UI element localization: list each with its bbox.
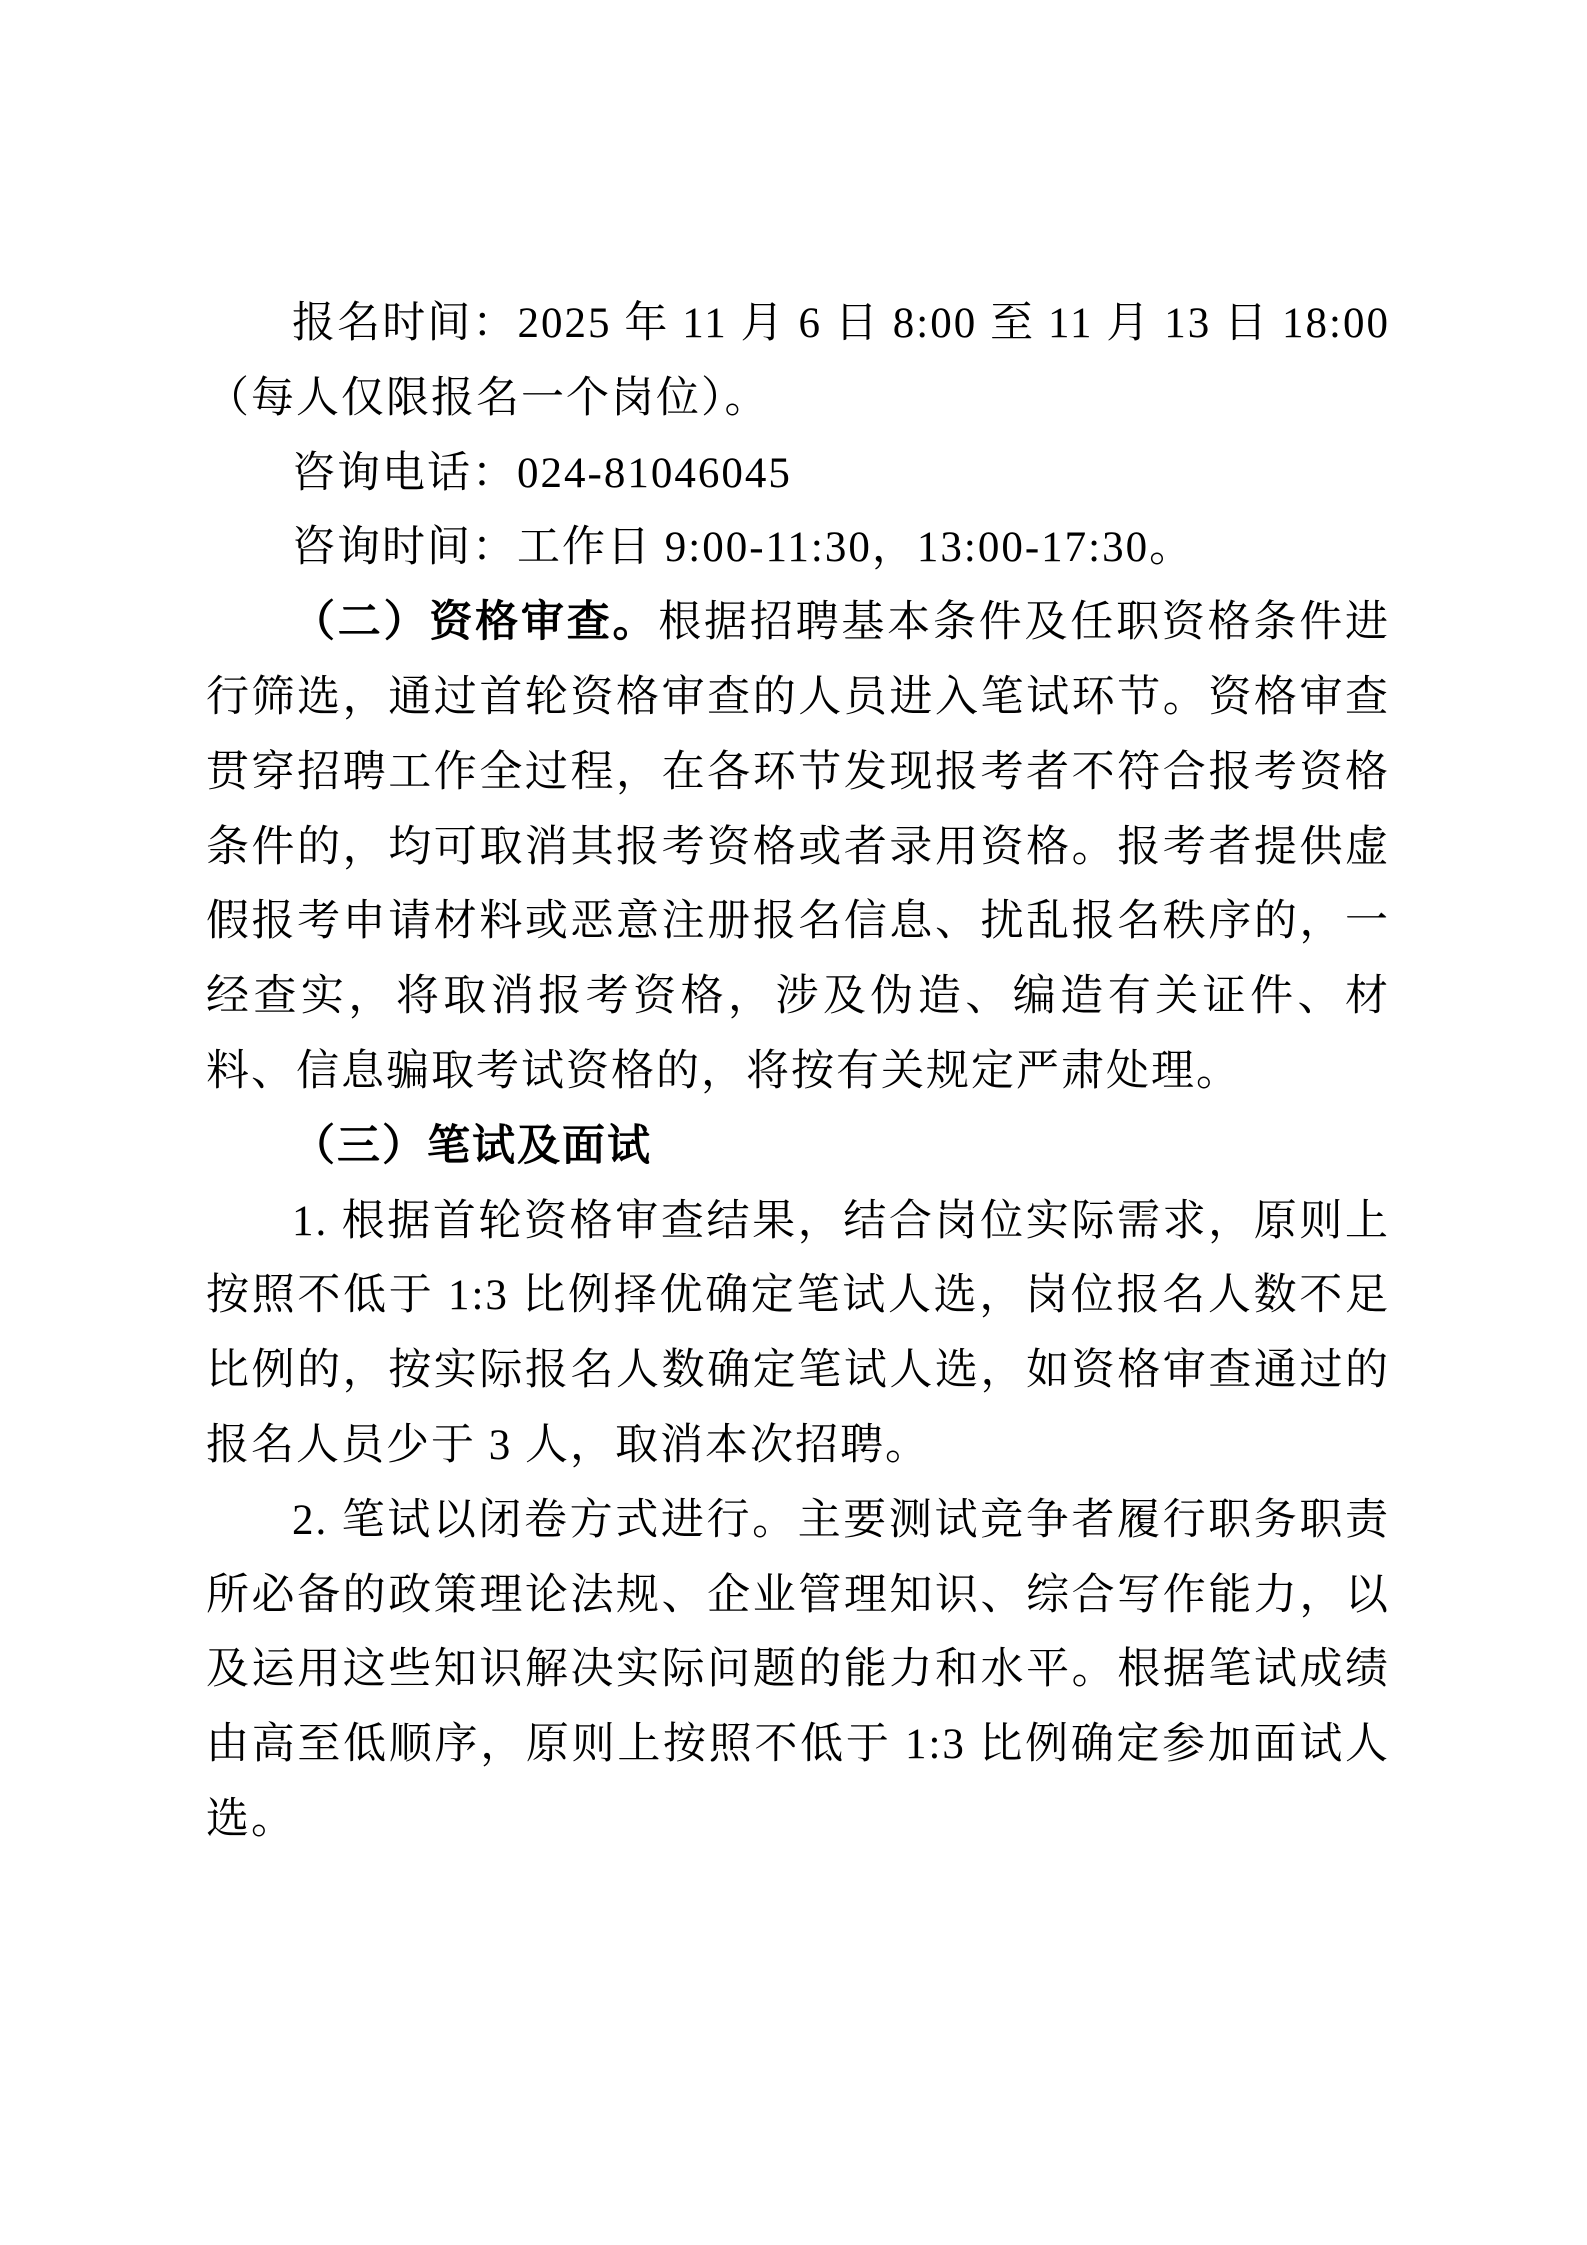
para-written-test-content: 2. 笔试以闭卷方式进行。主要测试竞争者履行职务职责所必备的政策理论法规、企业管… <box>206 1484 1390 1858</box>
qualification-review-heading: （二）资格审查。 <box>292 599 658 646</box>
document-page: 报名时间：2025 年 11 月 6 日 8:00 至 11 月 13 日 18… <box>0 0 1587 2245</box>
written-test-content-text: 2. 笔试以闭卷方式进行。主要测试竞争者履行职务职责所必备的政策理论法规、企业管… <box>206 1497 1390 1843</box>
heading-written-and-interview: （三）笔试及面试 <box>206 1110 1390 1185</box>
para-written-test-selection: 1. 根据首轮资格审查结果，结合岗位实际需求，原则上按照不低于 1:3 比例择优… <box>206 1185 1390 1484</box>
para-consult-time: 咨询时间：工作日 9:00-11:30，13:00-17:30。 <box>206 511 1390 586</box>
para-qualification-review: （二）资格审查。根据招聘基本条件及任职资格条件进行筛选，通过首轮资格审查的人员进… <box>206 586 1390 1110</box>
para-consult-phone: 咨询电话：024-81046045 <box>206 437 1390 512</box>
registration-time-text: 报名时间：2025 年 11 月 6 日 8:00 至 11 月 13 日 18… <box>206 300 1390 422</box>
written-test-selection-text: 1. 根据首轮资格审查结果，结合岗位实际需求，原则上按照不低于 1:3 比例择优… <box>206 1198 1390 1469</box>
heading-written-and-interview-text: （三）笔试及面试 <box>292 1123 652 1170</box>
consult-phone-text: 咨询电话：024-81046045 <box>292 450 792 497</box>
para-registration-time: 报名时间：2025 年 11 月 6 日 8:00 至 11 月 13 日 18… <box>206 287 1390 437</box>
qualification-review-body: 根据招聘基本条件及任职资格条件进行筛选，通过首轮资格审查的人员进入笔试环节。资格… <box>206 599 1390 1095</box>
consult-time-text: 咨询时间：工作日 9:00-11:30，13:00-17:30。 <box>292 524 1194 571</box>
